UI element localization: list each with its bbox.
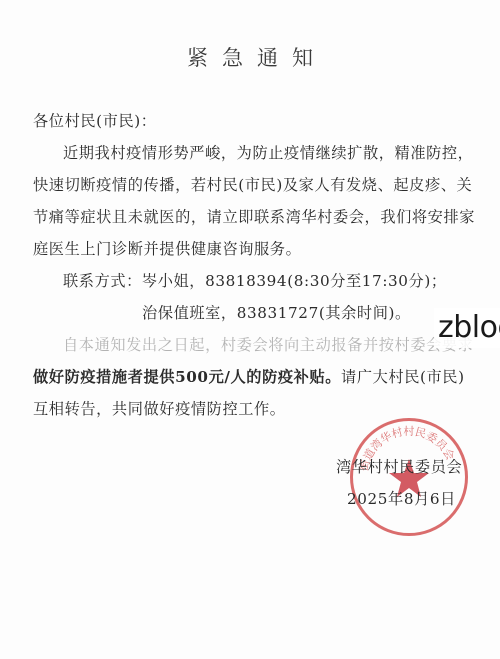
salutation: 各位村民(市民)： xyxy=(33,110,157,131)
paragraph-line-3: 节痛等症状且未就医的，请立即联系湾华村委会，我们将安排家 xyxy=(33,206,475,227)
subsidy-faded-line: 自本通知发出之日起，村委会将向主动报备并按村委会要求 xyxy=(63,334,473,355)
closing-line: 互相转告，共同做好疫情防控工作。 xyxy=(33,398,286,419)
signature-date: 2025年8月6日 xyxy=(347,488,456,509)
subsidy-normal-text: 请广大村民(市民) xyxy=(341,368,465,386)
subsidy-bold-text: 做好防疫措施者提供500元/人的防疫补贴。 xyxy=(33,368,341,386)
subsidy-line: 做好防疫措施者提供500元/人的防疫补贴。请广大村民(市民) xyxy=(33,366,465,387)
paragraph-line-1: 近期我村疫情形势严峻，为防止疫情继续扩散，精准防控， xyxy=(63,142,473,163)
official-seal: 街道湾华村村民委员会 xyxy=(350,418,468,536)
watermark: zblog xyxy=(434,308,500,348)
star-icon: 街道湾华村村民委员会 xyxy=(353,421,465,533)
paragraph-line-2: 快速切断疫情的传播，若村民(市民)及家人有发烧、起皮疹、关 xyxy=(33,174,472,195)
paragraph-line-4: 庭医生上门诊断并提供健康咨询服务。 xyxy=(33,238,301,259)
contact-line-1: 联系方式：岑小姐，83818394(8:30分至17:30分)； xyxy=(63,270,447,291)
notice-title: 紧急通知 xyxy=(0,42,500,72)
contact-line-2: 治保值班室，83831727(其余时间)。 xyxy=(142,302,411,323)
notice-document: 紧急通知 各位村民(市民)： 近期我村疫情形势严峻，为防止疫情继续扩散，精准防控… xyxy=(0,0,500,659)
signature-organization: 湾华村村民委员会 xyxy=(336,456,462,477)
